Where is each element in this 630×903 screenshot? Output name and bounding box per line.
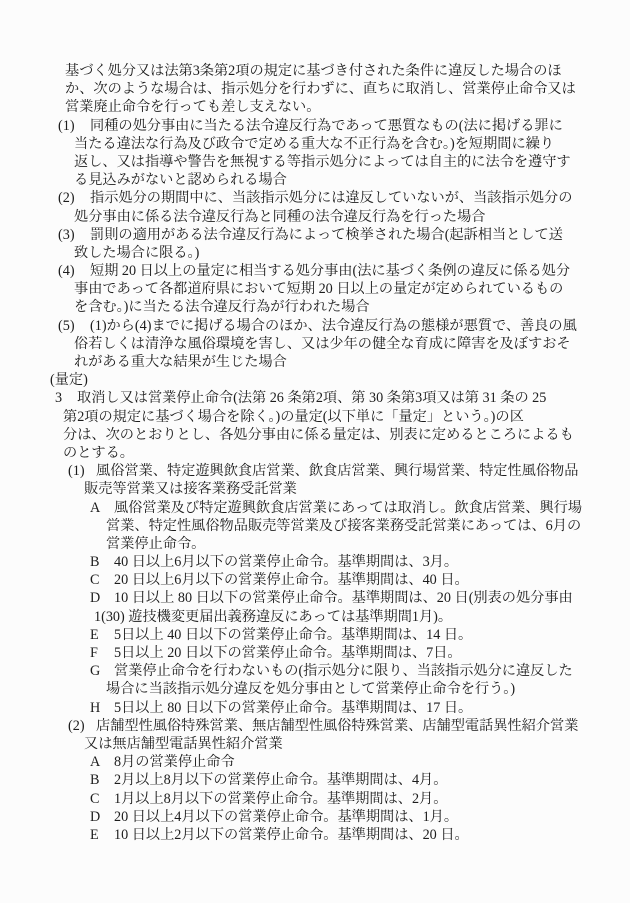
line-text: のとする。 [63, 445, 134, 461]
line-text: 5日以上 20 日以下の営業停止命令。基準期間は、7日。 [114, 645, 462, 661]
doc-line: (3)罰則の適用がある法令違反行為によって検挙された場合(起訴相当として送 [58, 226, 630, 244]
line-text: 営業廃止命令を行っても差し支えない。 [65, 99, 320, 115]
doc-line: (2)店舗型性風俗特殊営業、無店舗型性風俗特殊営業、店舗型電話異性紹介営業 [68, 717, 630, 735]
line-text: 営業停止命令。 [106, 536, 205, 552]
doc-line: 当たる違法な行為及び政令で定める重大な不正行為を含む。)を短期間に繰り [74, 135, 630, 153]
doc-item-(3): (3)罰則の適用がある法令違反行為によって検挙された場合(起訴相当として送致した… [0, 226, 630, 262]
line-text: 20 日以上4月以下の営業停止命令。基準期間は、1月。 [114, 809, 458, 825]
doc-item-(5): (5)(1)から(4)までに掲げる場合のほか、法令違反行為の態様が悪質で、善良の… [0, 317, 630, 372]
line-text: 10 日以上2月以下の営業停止命令。基準期間は、20 日。 [114, 827, 469, 843]
doc-line: B2月以上8月以下の営業停止命令。基準期間は、4月。 [90, 771, 630, 789]
doc-line: D20 日以上4月以下の営業停止命令。基準期間は、1月。 [90, 808, 630, 826]
line-text: 罰則の適用がある法令違反行為によって検挙された場合(起訴相当として送 [90, 227, 563, 243]
document-page: 基づく処分又は法第3条第2項の規定に基づき付された条件に違反した場合のほか、次の… [0, 0, 630, 844]
doc-line: れがある重大な結果が生じた場合 [74, 353, 630, 371]
line-text: 返し、又は指導や警告を無視する等指示処分によっては自主的に法令を遵守す [74, 154, 571, 170]
item-marker: E [90, 626, 114, 644]
doc-line: 営業、特定性風俗物品販売等営業及び接客業務受託営業にあっては、6月の [106, 517, 630, 535]
doc-line: (1)同種の処分事由に当たる法令違反行為であって悪質なもの(法に掲げる罪に [58, 117, 630, 135]
doc-item-C: C1月以上8月以下の営業停止命令。基準期間は、2月。 [0, 790, 630, 808]
item-marker: (5) [58, 317, 90, 335]
doc-line: 1(30) 遊技機変更届出義務違反にあっては基準期間1月)。 [94, 608, 630, 626]
doc-line: る見込みがないと認められる場合 [74, 171, 630, 189]
doc-line: を含む。)に当たる法令違反行為が行われた場合 [74, 298, 630, 316]
item-marker: F [90, 644, 114, 662]
doc-line: A8月の営業停止命令 [90, 753, 630, 771]
doc-line: 事由であって各都道府県において短期 20 日以上の量定が定められているもの [74, 280, 630, 298]
doc-line: C1月以上8月以下の営業停止命令。基準期間は、2月。 [90, 790, 630, 808]
line-text: 販売等営業又は接客業務受託営業 [84, 481, 297, 497]
line-text: 営業停止命令を行わないもの(指示処分に限り、当該指示処分に違反した [114, 663, 573, 679]
doc-line: G営業停止命令を行わないもの(指示処分に限り、当該指示処分に違反した [90, 662, 630, 680]
doc-item-A: A風俗営業及び特定遊興飲食店営業にあっては取消し。飲食店営業、興行場営業、特定性… [0, 499, 630, 554]
doc-line: 営業停止命令。 [106, 535, 630, 553]
doc-item-D: D20 日以上4月以下の営業停止命令。基準期間は、1月。 [0, 808, 630, 826]
line-text: 2月以上8月以下の営業停止命令。基準期間は、4月。 [114, 772, 447, 788]
doc-item-E: E5日以上 40 日以下の営業停止命令。基準期間は、14 日。 [0, 626, 630, 644]
doc-line: 第2項の規定に基づく場合を除く。)の量定(以下単に「量定」という。)の区 [63, 408, 630, 426]
line-text: 店舗型性風俗特殊営業、無店舗型性風俗特殊営業、店舗型電話異性紹介営業 [96, 718, 578, 734]
doc-item-A: A8月の営業停止命令 [0, 753, 630, 771]
doc-line: (5)(1)から(4)までに掲げる場合のほか、法令違反行為の態様が悪質で、善良の… [58, 317, 630, 335]
doc-line: 俗若しくは清浄な風俗環境を害し、又は少年の健全な育成に障害を及ぼすおそ [74, 335, 630, 353]
doc-line: 処分事由に係る法令違反行為と同種の法令違反行為を行った場合 [74, 208, 630, 226]
doc-item-F: F5日以上 20 日以下の営業停止命令。基準期間は、7日。 [0, 644, 630, 662]
item-marker: B [90, 553, 114, 571]
doc-line: D10 日以上 80 日以下の営業停止命令。基準期間は、20 日(別表の処分事由 [90, 589, 630, 607]
doc-line: E10 日以上2月以下の営業停止命令。基準期間は、20 日。 [90, 826, 630, 844]
doc-item-3: 3取消し又は営業停止命令(法第 26 条第2項、第 30 条第3項又は第 31 … [0, 389, 630, 462]
doc-item-B: B2月以上8月以下の営業停止命令。基準期間は、4月。 [0, 771, 630, 789]
line-text: 40 日以上6月以下の営業停止命令。基準期間は、3月。 [114, 554, 458, 570]
item-marker: D [90, 808, 114, 826]
doc-item-H: H5日以上 80 日以下の営業停止命令。基準期間は、17 日。 [0, 699, 630, 717]
doc-line: C20 日以上6月以下の営業停止命令。基準期間は、40 日。 [90, 571, 630, 589]
item-marker: (1) [58, 117, 90, 135]
item-marker: A [90, 499, 114, 517]
doc-body: 基づく処分又は法第3条第2項の規定に基づき付された条件に違反した場合のほか、次の… [0, 62, 630, 117]
line-text: 分は、次のとおりとし、各処分事由に係る量定は、別表に定めるところによるも [63, 427, 574, 443]
doc-line: B40 日以上6月以下の営業停止命令。基準期間は、3月。 [90, 553, 630, 571]
item-marker: G [90, 662, 114, 680]
doc-line: E5日以上 40 日以下の営業停止命令。基準期間は、14 日。 [90, 626, 630, 644]
doc-line: 又は無店舗型電話異性紹介営業 [84, 735, 630, 753]
line-text: 当たる違法な行為及び政令で定める重大な不正行為を含む。)を短期間に繰り [74, 136, 554, 152]
item-marker: 3 [55, 389, 77, 407]
line-text: (量定) [50, 372, 88, 388]
item-marker: E [90, 826, 114, 844]
doc-line: (4)短期 20 日以上の量定に相当する処分事由(法に基づく条例の違反に係る処分 [58, 262, 630, 280]
line-text: 20 日以上6月以下の営業停止命令。基準期間は、40 日。 [114, 572, 469, 588]
line-text: 風俗営業及び特定遊興飲食店営業にあっては取消し。飲食店営業、興行場 [114, 500, 582, 516]
doc-item-(2): (2)指示処分の期間中に、当該指示処分には違反していないが、当該指示処分の処分事… [0, 189, 630, 225]
doc-item-G: G営業停止命令を行わないもの(指示処分に限り、当該指示処分に違反した場合に当該指… [0, 662, 630, 698]
doc-line: か、次のような場合は、指示処分を行わずに、直ちに取消し、営業停止命令又は [65, 80, 630, 98]
doc-line: 営業廃止命令を行っても差し支えない。 [65, 98, 630, 116]
line-text: か、次のような場合は、指示処分を行わずに、直ちに取消し、営業停止命令又は [65, 81, 576, 97]
line-text: 基づく処分又は法第3条第2項の規定に基づき付された条件に違反した場合のほ [65, 63, 562, 79]
line-text: 5日以上 40 日以下の営業停止命令。基準期間は、14 日。 [114, 627, 472, 643]
doc-line: 基づく処分又は法第3条第2項の規定に基づき付された条件に違反した場合のほ [65, 62, 630, 80]
line-text: 営業、特定性風俗物品販売等営業及び接客業務受託営業にあっては、6月の [106, 518, 581, 534]
line-text: る見込みがないと認められる場合 [74, 172, 287, 188]
doc-item-(2): (2)店舗型性風俗特殊営業、無店舗型性風俗特殊営業、店舗型電話異性紹介営業又は無… [0, 717, 630, 753]
doc-item-E: E10 日以上2月以下の営業停止命令。基準期間は、20 日。 [0, 826, 630, 844]
line-text: 風俗営業、特定遊興飲食店営業、飲食店営業、興行場営業、特定性風俗物品 [96, 463, 578, 479]
doc-item-D: D10 日以上 80 日以下の営業停止命令。基準期間は、20 日(別表の処分事由… [0, 589, 630, 625]
line-text: 短期 20 日以上の量定に相当する処分事由(法に基づく条例の違反に係る処分 [90, 263, 570, 279]
doc-line: F5日以上 20 日以下の営業停止命令。基準期間は、7日。 [90, 644, 630, 662]
line-text: 指示処分の期間中に、当該指示処分には違反していないが、当該指示処分の [90, 190, 572, 206]
item-marker: (3) [58, 226, 90, 244]
line-text: 1月以上8月以下の営業停止命令。基準期間は、2月。 [114, 791, 447, 807]
item-marker: C [90, 571, 114, 589]
doc-line: 場合に当該指示処分違反を処分事由として営業停止命令を行う。) [106, 680, 630, 698]
line-text: 場合に当該指示処分違反を処分事由として営業停止命令を行う。) [106, 681, 515, 697]
doc-line: (2)指示処分の期間中に、当該指示処分には違反していないが、当該指示処分の [58, 189, 630, 207]
item-marker: H [90, 699, 114, 717]
item-marker: C [90, 790, 114, 808]
doc-line: 分は、次のとおりとし、各処分事由に係る量定は、別表に定めるところによるも [63, 426, 630, 444]
item-marker: D [90, 589, 114, 607]
line-text: 取消し又は営業停止命令(法第 26 条第2項、第 30 条第3項又は第 31 条… [77, 390, 546, 406]
doc-heading: (量定) [0, 371, 630, 389]
doc-line: 返し、又は指導や警告を無視する等指示処分によっては自主的に法令を遵守す [74, 153, 630, 171]
item-marker: (1) [68, 462, 96, 480]
line-text: 又は無店舗型電話異性紹介営業 [84, 736, 283, 752]
line-text: 致した場合に限る。) [74, 245, 199, 261]
doc-line: (量定) [50, 371, 630, 389]
doc-line: A風俗営業及び特定遊興飲食店営業にあっては取消し。飲食店営業、興行場 [90, 499, 630, 517]
doc-line: 致した場合に限る。) [74, 244, 630, 262]
doc-item-(1): (1)同種の処分事由に当たる法令違反行為であって悪質なもの(法に掲げる罪に当たる… [0, 117, 630, 190]
doc-line: 販売等営業又は接客業務受託営業 [84, 480, 630, 498]
doc-item-(4): (4)短期 20 日以上の量定に相当する処分事由(法に基づく条例の違反に係る処分… [0, 262, 630, 317]
item-marker: (4) [58, 262, 90, 280]
line-text: 5日以上 80 日以下の営業停止命令。基準期間は、17 日。 [114, 700, 472, 716]
line-text: (1)から(4)までに掲げる場合のほか、法令違反行為の態様が悪質で、善良の風 [90, 318, 577, 334]
item-marker: (2) [58, 189, 90, 207]
item-marker: A [90, 753, 114, 771]
item-marker: B [90, 771, 114, 789]
line-text: 第2項の規定に基づく場合を除く。)の量定(以下単に「量定」という。)の区 [63, 409, 524, 425]
line-text: 同種の処分事由に当たる法令違反行為であって悪質なもの(法に掲げる罪に [90, 118, 563, 134]
doc-line: H5日以上 80 日以下の営業停止命令。基準期間は、17 日。 [90, 699, 630, 717]
line-text: を含む。)に当たる法令違反行為が行われた場合 [74, 299, 370, 315]
doc-line: のとする。 [63, 444, 630, 462]
doc-item-(1): (1)風俗営業、特定遊興飲食店営業、飲食店営業、興行場営業、特定性風俗物品販売等… [0, 462, 630, 498]
line-text: 事由であって各都道府県において短期 20 日以上の量定が定められているもの [74, 281, 563, 297]
line-text: 1(30) 遊技機変更届出義務違反にあっては基準期間1月)。 [94, 609, 452, 625]
line-text: 8月の営業停止命令 [114, 754, 235, 770]
line-text: 俗若しくは清浄な風俗環境を害し、又は少年の健全な育成に障害を及ぼすおそ [74, 336, 571, 352]
doc-line: (1)風俗営業、特定遊興飲食店営業、飲食店営業、興行場営業、特定性風俗物品 [68, 462, 630, 480]
doc-line: 3取消し又は営業停止命令(法第 26 条第2項、第 30 条第3項又は第 31 … [55, 389, 630, 407]
item-marker: (2) [68, 717, 96, 735]
line-text: 10 日以上 80 日以下の営業停止命令。基準期間は、20 日(別表の処分事由 [114, 590, 573, 606]
doc-item-B: B40 日以上6月以下の営業停止命令。基準期間は、3月。 [0, 553, 630, 571]
doc-item-C: C20 日以上6月以下の営業停止命令。基準期間は、40 日。 [0, 571, 630, 589]
line-text: れがある重大な結果が生じた場合 [74, 354, 287, 370]
line-text: 処分事由に係る法令違反行為と同種の法令違反行為を行った場合 [74, 209, 485, 225]
